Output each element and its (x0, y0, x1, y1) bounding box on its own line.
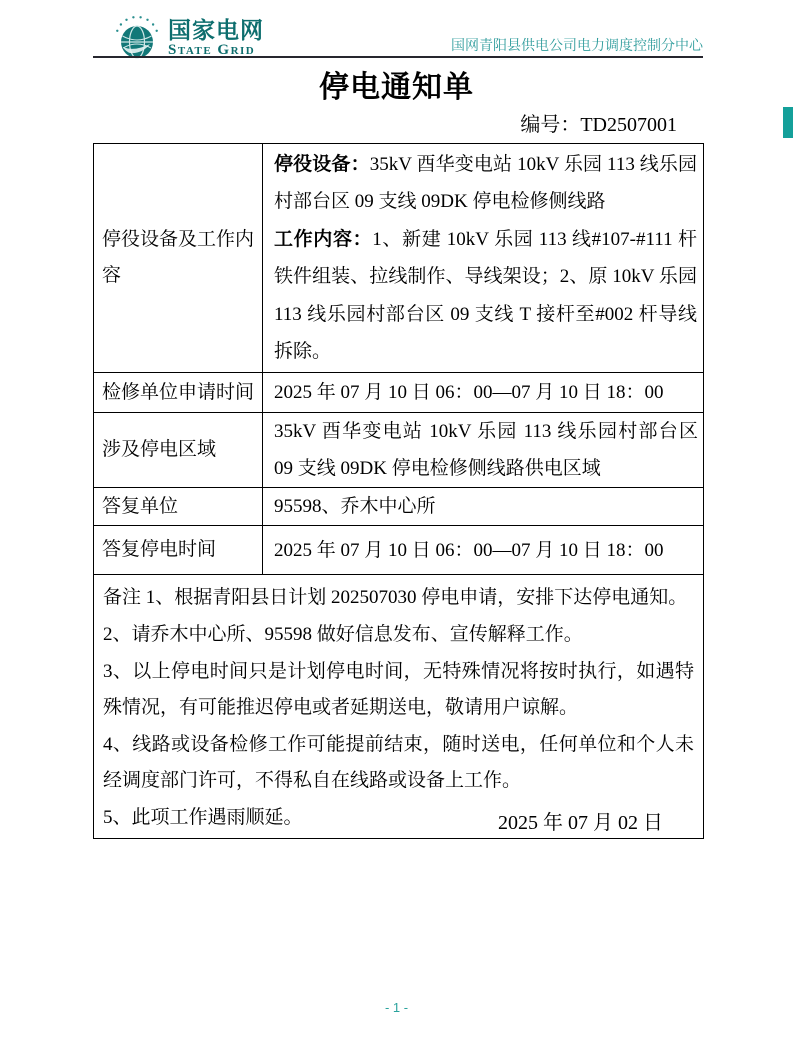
row-value-equipment: 停役设备：35kV 酉华变电站 10kV 乐园 113 线乐园村部台区 09 支… (263, 144, 704, 373)
table-row-outage-area: 涉及停电区域 35kV 酉华变电站 10kV 乐园 113 线乐园村部台区 09… (94, 413, 704, 488)
row-label-equipment: 停役设备及工作内容 (94, 144, 263, 373)
equipment-paragraph: 停役设备：35kV 酉华变电站 10kV 乐园 113 线乐园村部台区 09 支… (274, 146, 697, 221)
row-value-apply-time: 2025 年 07 月 10 日 06：00—07 月 10 日 18：00 (263, 373, 704, 413)
remark-item-3: 3、以上停电时间只是计划停电时间，无特殊情况将按时执行，如遇特殊情况，有可能推迟… (103, 654, 694, 727)
notice-table: 停役设备及工作内容 停役设备：35kV 酉华变电站 10kV 乐园 113 线乐… (93, 143, 704, 839)
table-row-equipment: 停役设备及工作内容 停役设备：35kV 酉华变电站 10kV 乐园 113 线乐… (94, 144, 704, 373)
remarks-cell: 备注 1、根据青阳县日计划 202507030 停电申请，安排下达停电通知。 2… (94, 575, 704, 839)
row-label-reply-time: 答复停电时间 (94, 526, 263, 575)
row-label-outage-area: 涉及停电区域 (94, 413, 263, 488)
work-content-paragraph: 工作内容：1、新建 10kV 乐园 113 线#107-#111 杆铁件组装、拉… (274, 221, 697, 371)
remark-item-2: 2、请乔木中心所、95598 做好信息发布、宣传解释工作。 (103, 617, 694, 654)
row-label-apply-time: 检修单位申请时间 (94, 373, 263, 413)
document-number-label: 编号： (520, 114, 580, 136)
page-number: - 1 - (0, 1000, 793, 1015)
state-grid-emblem-icon (114, 15, 160, 61)
logo-name-cn: 国家电网 (168, 18, 264, 42)
table-row-apply-time: 检修单位申请时间 2025 年 07 月 10 日 06：00—07 月 10 … (94, 373, 704, 413)
edge-accent-mark (783, 107, 793, 138)
row-label-reply-unit: 答复单位 (94, 488, 263, 526)
table-row-remarks: 备注 1、根据青阳县日计划 202507030 停电申请，安排下达停电通知。 2… (94, 575, 704, 839)
equipment-bold-label: 停役设备： (274, 154, 370, 175)
row-value-reply-time: 2025 年 07 月 10 日 06：00—07 月 10 日 18：00 (263, 526, 704, 575)
notice-page: 国家电网 State Grid 国网青阳县供电公司电力调度控制分中心 停电通知单… (0, 0, 793, 1039)
row-value-outage-area: 35kV 酉华变电站 10kV 乐园 113 线乐园村部台区 09 支线 09D… (263, 413, 704, 488)
remark-item-4: 4、线路或设备检修工作可能提前结束，随时送电，任何单位和个人未经调度部门许可，不… (103, 727, 694, 800)
logo-text: 国家电网 State Grid (168, 18, 264, 59)
header-divider (93, 56, 703, 58)
issue-date: 2025 年 07 月 02 日 (498, 806, 663, 835)
document-number: 编号：TD2507001 (520, 108, 677, 137)
document-number-value: TD2507001 (580, 114, 677, 136)
table-row-reply-time: 答复停电时间 2025 年 07 月 10 日 06：00—07 月 10 日 … (94, 526, 704, 575)
remark-item-1: 备注 1、根据青阳县日计划 202507030 停电申请，安排下达停电通知。 (103, 580, 694, 617)
state-grid-logo: 国家电网 State Grid (114, 15, 264, 61)
table-row-reply-unit: 答复单位 95598、乔木中心所 (94, 488, 704, 526)
work-content-bold-label: 工作内容： (274, 229, 372, 250)
organization-name: 国网青阳县供电公司电力调度控制分中心 (451, 35, 703, 55)
page-title: 停电通知单 (0, 62, 793, 106)
row-value-reply-unit: 95598、乔木中心所 (263, 488, 704, 526)
